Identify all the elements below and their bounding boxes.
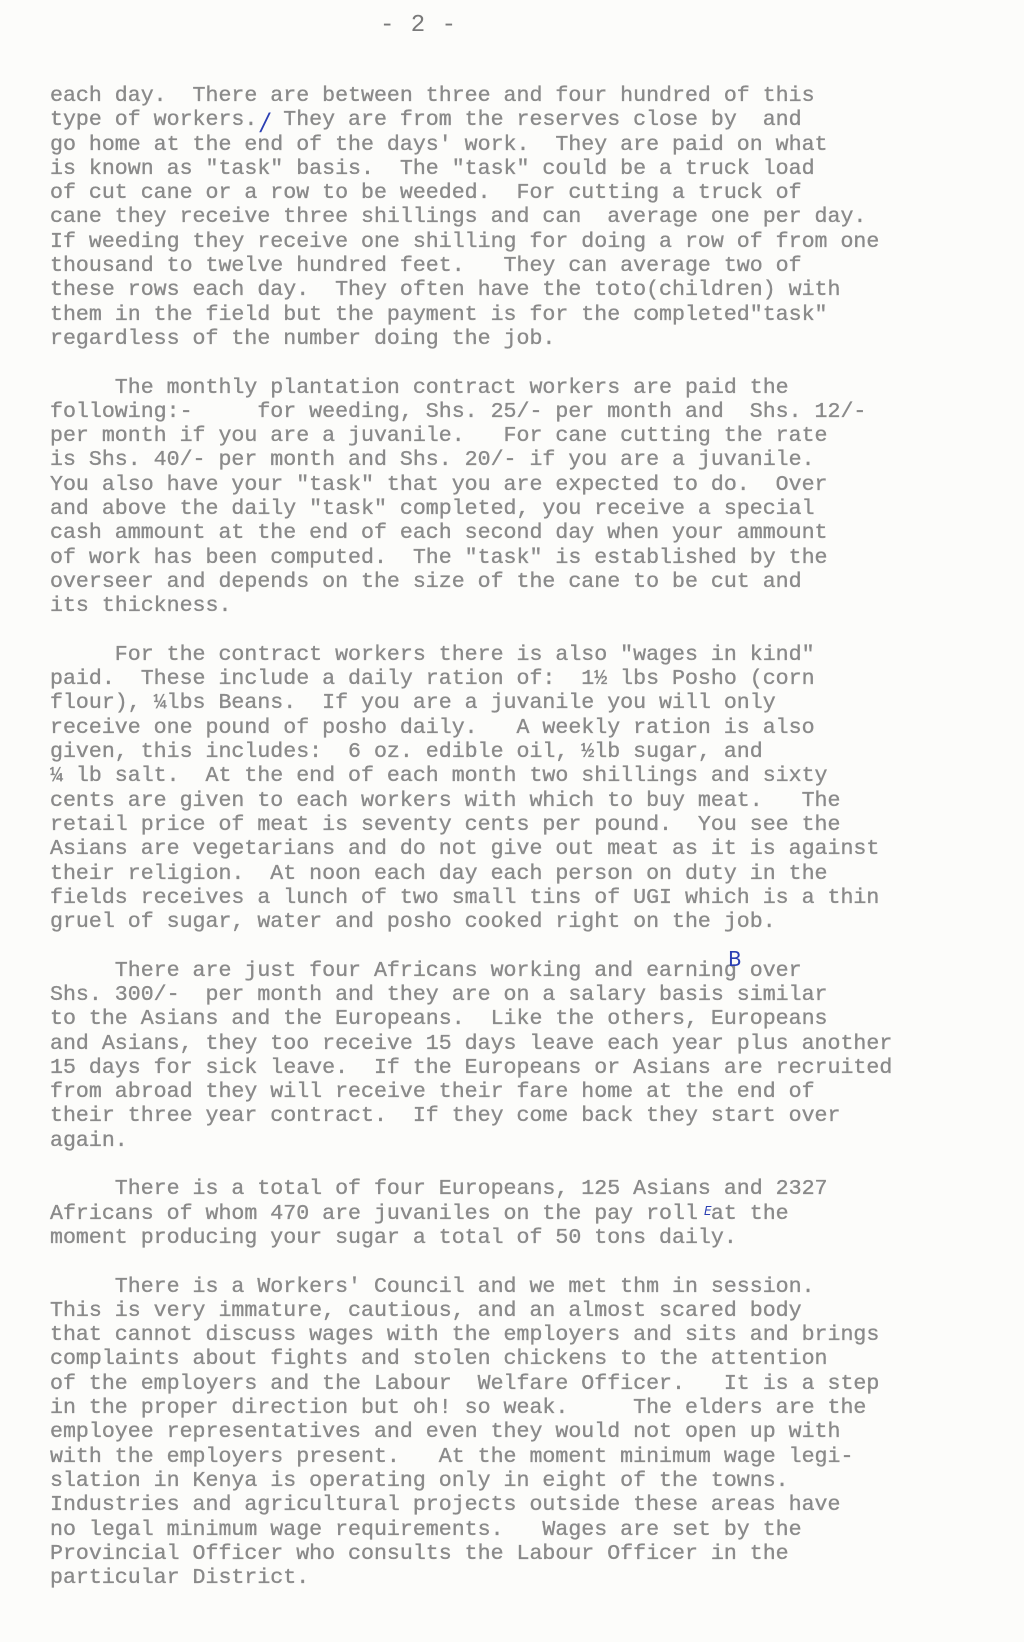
text-line: There are just four Africans working and… (50, 959, 1010, 983)
text-line: given, this includes: 6 oz. edible oil, … (50, 740, 1010, 764)
text-line: If weeding they receive one shilling for… (50, 230, 1010, 254)
text-line: thousand to twelve hundred feet. They ca… (50, 254, 1010, 278)
text-line: is Shs. 40/- per month and Shs. 20/- if … (50, 448, 1010, 472)
page-number: - 2 - (380, 12, 457, 39)
text-line: ¼ lb salt. At the end of each month two … (50, 764, 1010, 788)
text-line: cash ammount at the end of each second d… (50, 521, 1010, 545)
text-line: paid. These include a daily ration of: 1… (50, 667, 1010, 691)
handwritten-b-annotation: B (728, 947, 742, 971)
text-line: no legal minimum wage requirements. Wage… (50, 1518, 1010, 1542)
text-line: that cannot discuss wages with the emplo… (50, 1323, 1010, 1347)
text-line: cents are given to each workers with whi… (50, 789, 1010, 813)
text-line: fields receives a lunch of two small tin… (50, 886, 1010, 910)
text-line: slation in Kenya is operating only in ei… (50, 1469, 1010, 1493)
text-line: particular District. (50, 1566, 1010, 1590)
text-line: these rows each day. They often have the… (50, 278, 1010, 302)
text-line: from abroad they will receive their fare… (50, 1080, 1010, 1104)
text-line: Provincial Officer who consults the Labo… (50, 1542, 1010, 1566)
text-line: flour), ¼lbs Beans. If you are a juvanil… (50, 691, 1010, 715)
text-line: retail price of meat is seventy cents pe… (50, 813, 1010, 837)
text-line: overseer and depends on the size of the … (50, 570, 1010, 594)
text-line: of the employers and the Labour Welfare … (50, 1372, 1010, 1396)
text-line: is known as "task" basis. The "task" cou… (50, 157, 1010, 181)
document-page: - 2 - each day. There are between three … (0, 0, 1024, 1642)
text-line: gruel of sugar, water and posho cooked r… (50, 910, 1010, 934)
paragraph-monthly-contract: The monthly plantation contract workers … (50, 376, 1010, 619)
text-line: of cut cane or a row to be weeded. For c… (50, 181, 1010, 205)
text-line: their three year contract. If they come … (50, 1104, 1010, 1128)
text-line: following:- for weeding, Shs. 25/- per m… (50, 400, 1010, 424)
handwritten-e-annotation: E (704, 1204, 712, 1218)
paragraph-wages-in-kind: For the contract workers there is also "… (50, 643, 1010, 935)
text-line: per month if you are a juvanile. For can… (50, 424, 1010, 448)
text-line: with the employers present. At the momen… (50, 1445, 1010, 1469)
text-line: You also have your "task" that you are e… (50, 473, 1010, 497)
text-line: cane they receive three shillings and ca… (50, 205, 1010, 229)
paragraph-salaried-africans: There are just four Africans working and… (50, 959, 1010, 1153)
text-line: to the Asians and the Europeans. Like th… (50, 1007, 1010, 1031)
paragraph-workers-council: There is a Workers' Council and we met t… (50, 1275, 1010, 1591)
text-line: their religion. At noon each day each pe… (50, 862, 1010, 886)
text-line: There is a total of four Europeans, 125 … (50, 1177, 1010, 1201)
text-line: For the contract workers there is also "… (50, 643, 1010, 667)
text-line: receive one pound of posho daily. A week… (50, 716, 1010, 740)
text-line: in the proper direction but oh! so weak.… (50, 1396, 1010, 1420)
text-line: employee representatives and even they w… (50, 1420, 1010, 1444)
text-line: again. (50, 1129, 1010, 1153)
text-line: Asians are vegetarians and do not give o… (50, 837, 1010, 861)
paragraph-payroll-totals: There is a total of four Europeans, 125 … (50, 1177, 1010, 1250)
text-line: and above the daily "task" completed, yo… (50, 497, 1010, 521)
text-line: and Asians, they too receive 15 days lea… (50, 1032, 1010, 1056)
text-line: go home at the end of the days' work. Th… (50, 133, 1010, 157)
text-line: This is very immature, cautious, and an … (50, 1299, 1010, 1323)
text-line: regardless of the number doing the job. (50, 327, 1010, 351)
text-line: moment producing your sugar a total of 5… (50, 1226, 1010, 1250)
text-line: them in the field but the payment is for… (50, 303, 1010, 327)
text-line: There is a Workers' Council and we met t… (50, 1275, 1010, 1299)
text-line: its thickness. (50, 594, 1010, 618)
text-line: Africans of whom 470 are juvaniles on th… (50, 1202, 1010, 1226)
paragraph-task-workers: each day. There are between three and fo… (50, 84, 1010, 351)
document-body: each day. There are between three and fo… (50, 84, 1010, 1590)
text-line: The monthly plantation contract workers … (50, 376, 1010, 400)
text-line: type of workers. They are from the reser… (50, 108, 1010, 132)
text-line: 15 days for sick leave. If the Europeans… (50, 1056, 1010, 1080)
text-line: Industries and agricultural projects out… (50, 1493, 1010, 1517)
text-line: complaints about fights and stolen chick… (50, 1347, 1010, 1371)
text-line: each day. There are between three and fo… (50, 84, 1010, 108)
text-line: of work has been computed. The "task" is… (50, 546, 1010, 570)
text-line: Shs. 300/- per month and they are on a s… (50, 983, 1010, 1007)
